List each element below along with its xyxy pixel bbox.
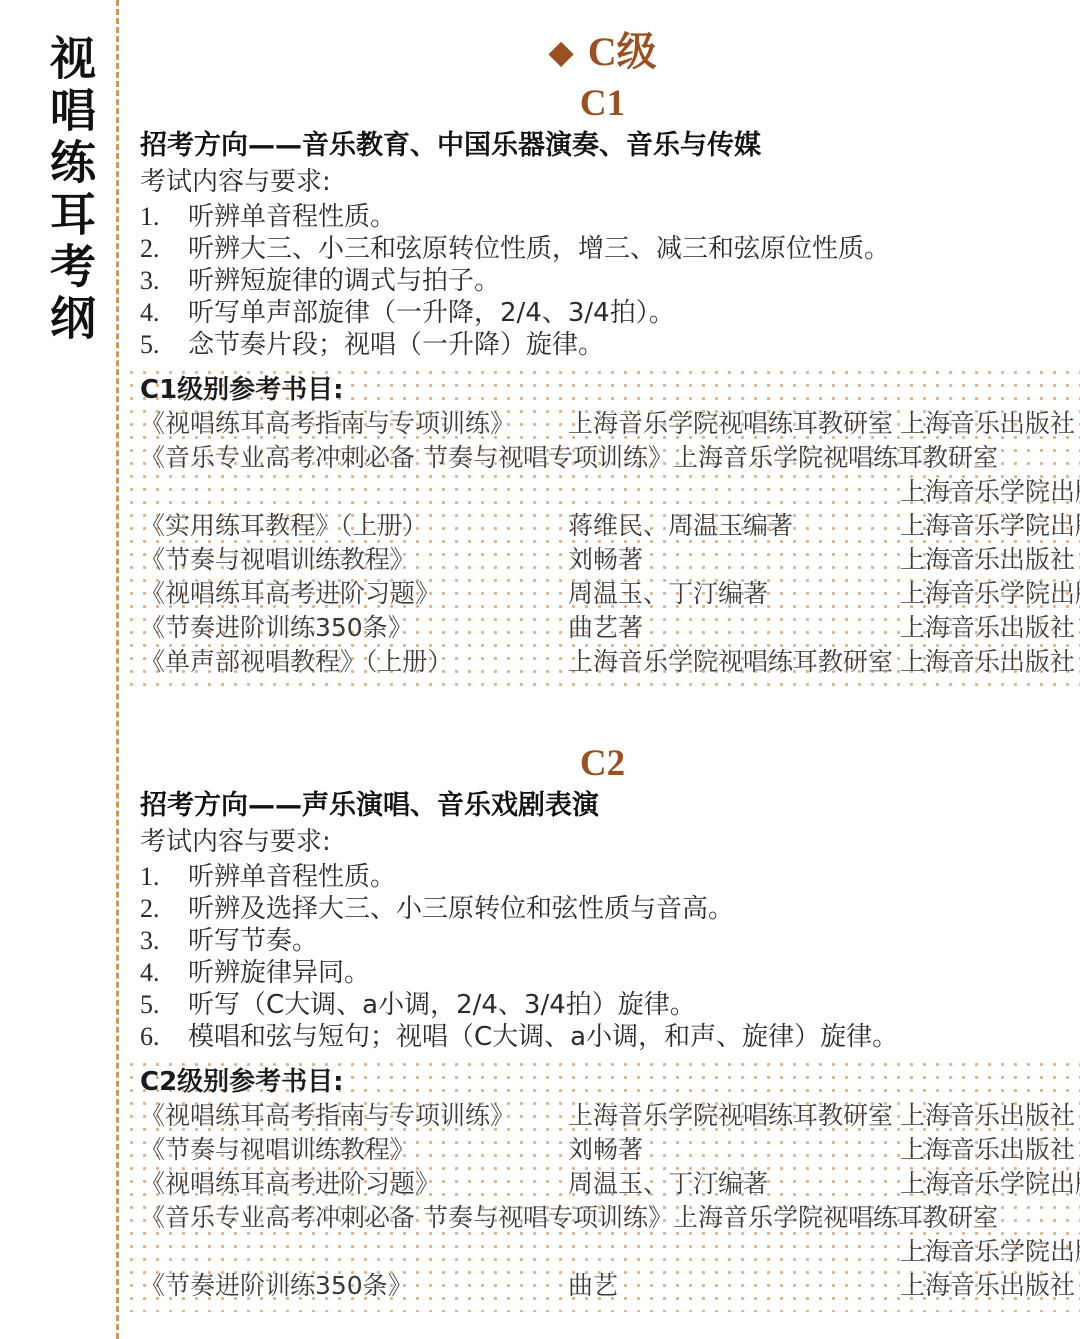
book-author: 上海音乐学院视唱练耳教研室 bbox=[568, 1099, 900, 1133]
item-number: 2. bbox=[140, 233, 188, 265]
book-row: 《视唱练耳高考进阶习题》周温玉、丁汀编著上海音乐学院出版社 bbox=[140, 577, 1062, 611]
item-text: 模唱和弦与短句；视唱（C大调、a小调，和声、旋律）旋律。 bbox=[188, 1022, 898, 1052]
item-text: 听辨大三、小三和弦原转位性质，增三、减三和弦原位性质。 bbox=[188, 234, 890, 264]
c1-direction: 招考方向——音乐教育、中国乐器演奏、音乐与传媒 bbox=[125, 129, 1080, 163]
c2-item-5: 5.听写（C大调、a小调，2/4、3/4拍）旋律。 bbox=[140, 989, 1080, 1021]
book-row: 《单声部视唱教程》（上册）上海音乐学院视唱练耳教研室上海音乐出版社 bbox=[140, 645, 1062, 679]
book-title: 《节奏进阶训练350条》 bbox=[140, 611, 568, 645]
book-author: 上海音乐学院视唱练耳教研室 bbox=[673, 1201, 1005, 1235]
book-publisher: 上海音乐出版社 bbox=[900, 1099, 1075, 1133]
item-number: 5. bbox=[140, 989, 188, 1020]
item-text: 听辨单音程性质。 bbox=[188, 202, 396, 232]
book-row: 《音乐专业高考冲刺必备 节奏与视唱专项训练》上海音乐学院视唱练耳教研室 bbox=[140, 441, 1062, 475]
book-title: 《视唱练耳高考进阶习题》 bbox=[140, 577, 568, 611]
item-number: 6. bbox=[140, 1021, 188, 1052]
book-row: 上海音乐学院出版社 bbox=[140, 1235, 1062, 1269]
c1-reference-books-box: C1级别参考书目: 《视唱练耳高考指南与专项训练》上海音乐学院视唱练耳教研室上海… bbox=[125, 366, 1080, 688]
c1-books-label: C1级别参考书目: bbox=[140, 373, 1062, 407]
book-title bbox=[140, 1235, 568, 1269]
c1-requirements-label: 考试内容与要求: bbox=[125, 165, 1080, 199]
c2-requirements-list: 1.听辨单音程性质。 2.听辨及选择大三、小三原转位和弦性质与音高。 3.听写节… bbox=[125, 861, 1080, 1053]
section-heading-c1: C1 bbox=[125, 82, 1080, 126]
book-title: 《节奏与视唱训练教程》 bbox=[140, 543, 568, 577]
book-row: 《音乐专业高考冲刺必备 节奏与视唱专项训练》 上海音乐学院视唱练耳教研室 bbox=[140, 1201, 1062, 1235]
c1-item-1: 1.听辨单音程性质。 bbox=[140, 201, 1080, 233]
book-publisher: 上海音乐出版社 bbox=[900, 1133, 1075, 1167]
c2-item-2: 2.听辨及选择大三、小三原转位和弦性质与音高。 bbox=[140, 893, 1080, 925]
document-page: 视唱练耳考纲 ◆C级 C1 招考方向——音乐教育、中国乐器演奏、音乐与传媒 考试… bbox=[0, 0, 1080, 1339]
book-author: 周温玉、丁汀编著 bbox=[568, 1167, 900, 1201]
book-publisher: 上海音乐学院出版社 bbox=[900, 1235, 1080, 1269]
c1-item-3: 3.听辨短旋律的调式与拍子。 bbox=[140, 265, 1080, 297]
book-author: 曲艺著 bbox=[568, 611, 900, 645]
c2-direction: 招考方向——声乐演唱、音乐戏剧表演 bbox=[125, 789, 1080, 823]
main-content: ◆C级 C1 招考方向——音乐教育、中国乐器演奏、音乐与传媒 考试内容与要求: … bbox=[125, 0, 1080, 1312]
item-text: 念节奏片段；视唱（一升降）旋律。 bbox=[188, 330, 604, 360]
book-title: 《音乐专业高考冲刺必备 节奏与视唱专项训练》 bbox=[140, 1201, 673, 1235]
book-publisher: 上海音乐出版社 bbox=[900, 611, 1075, 645]
item-number: 1. bbox=[140, 861, 188, 892]
book-author: 刘畅著 bbox=[568, 543, 900, 577]
book-author: 上海音乐学院视唱练耳教研室 bbox=[568, 407, 900, 441]
vertical-dashed-divider bbox=[116, 0, 119, 1339]
vertical-page-title: 视唱练耳考纲 bbox=[40, 34, 100, 346]
c1-requirements-list: 1.听辨单音程性质。 2.听辨大三、小三和弦原转位性质，增三、减三和弦原位性质。… bbox=[125, 201, 1080, 361]
item-text: 听写单声部旋律（一升降，2/4、3/4拍）。 bbox=[188, 298, 675, 328]
book-title: 《实用练耳教程》（上册） bbox=[140, 509, 568, 543]
diamond-icon: ◆ bbox=[548, 35, 573, 71]
item-number: 5. bbox=[140, 329, 188, 361]
book-publisher: 上海音乐出版社 bbox=[900, 407, 1075, 441]
item-number: 2. bbox=[140, 893, 188, 924]
book-publisher: 上海音乐出版社 bbox=[900, 1269, 1075, 1303]
section-heading-c2: C2 bbox=[125, 742, 1080, 786]
book-row: 《视唱练耳高考进阶习题》周温玉、丁汀编著上海音乐学院出版社 bbox=[140, 1167, 1062, 1201]
book-publisher: 上海音乐学院出版社 bbox=[900, 509, 1080, 543]
item-text: 听辨旋律异同。 bbox=[188, 958, 370, 988]
book-title: 《视唱练耳高考进阶习题》 bbox=[140, 1167, 568, 1201]
item-text: 听写（C大调、a小调，2/4、3/4拍）旋律。 bbox=[188, 990, 696, 1020]
book-publisher: 上海音乐学院出版社 bbox=[900, 1167, 1080, 1201]
book-row: 上海音乐学院出版社 bbox=[140, 475, 1062, 509]
book-author: 刘畅著 bbox=[568, 1133, 900, 1167]
item-text: 听辨及选择大三、小三原转位和弦性质与音高。 bbox=[188, 894, 734, 924]
book-author: 蒋维民、周温玉编著 bbox=[568, 509, 900, 543]
book-title: 《音乐专业高考冲刺必备 节奏与视唱专项训练》 bbox=[140, 441, 673, 475]
book-publisher: 上海音乐出版社 bbox=[900, 645, 1075, 679]
book-author: 周温玉、丁汀编著 bbox=[568, 577, 900, 611]
book-row: 《实用练耳教程》（上册）蒋维民、周温玉编著上海音乐学院出版社 bbox=[140, 509, 1062, 543]
book-publisher: 上海音乐出版社 bbox=[900, 543, 1075, 577]
book-row: 《视唱练耳高考指南与专项训练》上海音乐学院视唱练耳教研室上海音乐出版社 bbox=[140, 407, 1062, 441]
book-publisher: 上海音乐学院出版社 bbox=[900, 577, 1080, 611]
item-text: 听辨单音程性质。 bbox=[188, 862, 396, 892]
book-row: 《节奏进阶训练350条》曲艺著上海音乐出版社 bbox=[140, 611, 1062, 645]
c2-requirements-label: 考试内容与要求: bbox=[125, 825, 1080, 859]
book-title: 《视唱练耳高考指南与专项训练》 bbox=[140, 1099, 568, 1133]
c2-item-4: 4.听辨旋律异同。 bbox=[140, 957, 1080, 989]
book-author: 曲艺 bbox=[568, 1269, 900, 1303]
c2-item-6: 6.模唱和弦与短句；视唱（C大调、a小调，和声、旋律）旋律。 bbox=[140, 1021, 1080, 1053]
item-number: 3. bbox=[140, 265, 188, 297]
book-title bbox=[140, 475, 568, 509]
book-row: 《视唱练耳高考指南与专项训练》上海音乐学院视唱练耳教研室上海音乐出版社 bbox=[140, 1099, 1062, 1133]
item-number: 4. bbox=[140, 957, 188, 988]
c1-item-2: 2.听辨大三、小三和弦原转位性质，增三、减三和弦原位性质。 bbox=[140, 233, 1080, 265]
book-row: 《节奏进阶训练350条》曲艺上海音乐出版社 bbox=[140, 1269, 1062, 1303]
c2-books-label: C2级别参考书目: bbox=[140, 1065, 1062, 1099]
book-title: 《单声部视唱教程》（上册） bbox=[140, 645, 568, 679]
book-row: 《节奏与视唱训练教程》刘畅著上海音乐出版社 bbox=[140, 543, 1062, 577]
item-number: 1. bbox=[140, 201, 188, 233]
book-publisher: 上海音乐学院出版社 bbox=[900, 475, 1080, 509]
item-text: 听辨短旋律的调式与拍子。 bbox=[188, 266, 500, 296]
item-text: 听写节奏。 bbox=[188, 926, 318, 956]
book-author bbox=[568, 475, 900, 509]
item-number: 3. bbox=[140, 925, 188, 956]
book-title: 《节奏与视唱训练教程》 bbox=[140, 1133, 568, 1167]
book-title: 《节奏进阶训练350条》 bbox=[140, 1269, 568, 1303]
book-author: 上海音乐学院视唱练耳教研室 bbox=[568, 645, 900, 679]
c2-item-1: 1.听辨单音程性质。 bbox=[140, 861, 1080, 893]
level-label: C级 bbox=[588, 29, 657, 74]
book-author: 上海音乐学院视唱练耳教研室 bbox=[673, 441, 1005, 475]
level-heading: ◆C级 bbox=[125, 28, 1080, 77]
book-author bbox=[568, 1235, 900, 1269]
c2-reference-books-box: C2级别参考书目: 《视唱练耳高考指南与专项训练》上海音乐学院视唱练耳教研室上海… bbox=[125, 1058, 1080, 1312]
c1-item-5: 5.念节奏片段；视唱（一升降）旋律。 bbox=[140, 329, 1080, 361]
c2-item-3: 3.听写节奏。 bbox=[140, 925, 1080, 957]
item-number: 4. bbox=[140, 297, 188, 329]
book-row: 《节奏与视唱训练教程》刘畅著上海音乐出版社 bbox=[140, 1133, 1062, 1167]
c1-item-4: 4.听写单声部旋律（一升降，2/4、3/4拍）。 bbox=[140, 297, 1080, 329]
book-title: 《视唱练耳高考指南与专项训练》 bbox=[140, 407, 568, 441]
